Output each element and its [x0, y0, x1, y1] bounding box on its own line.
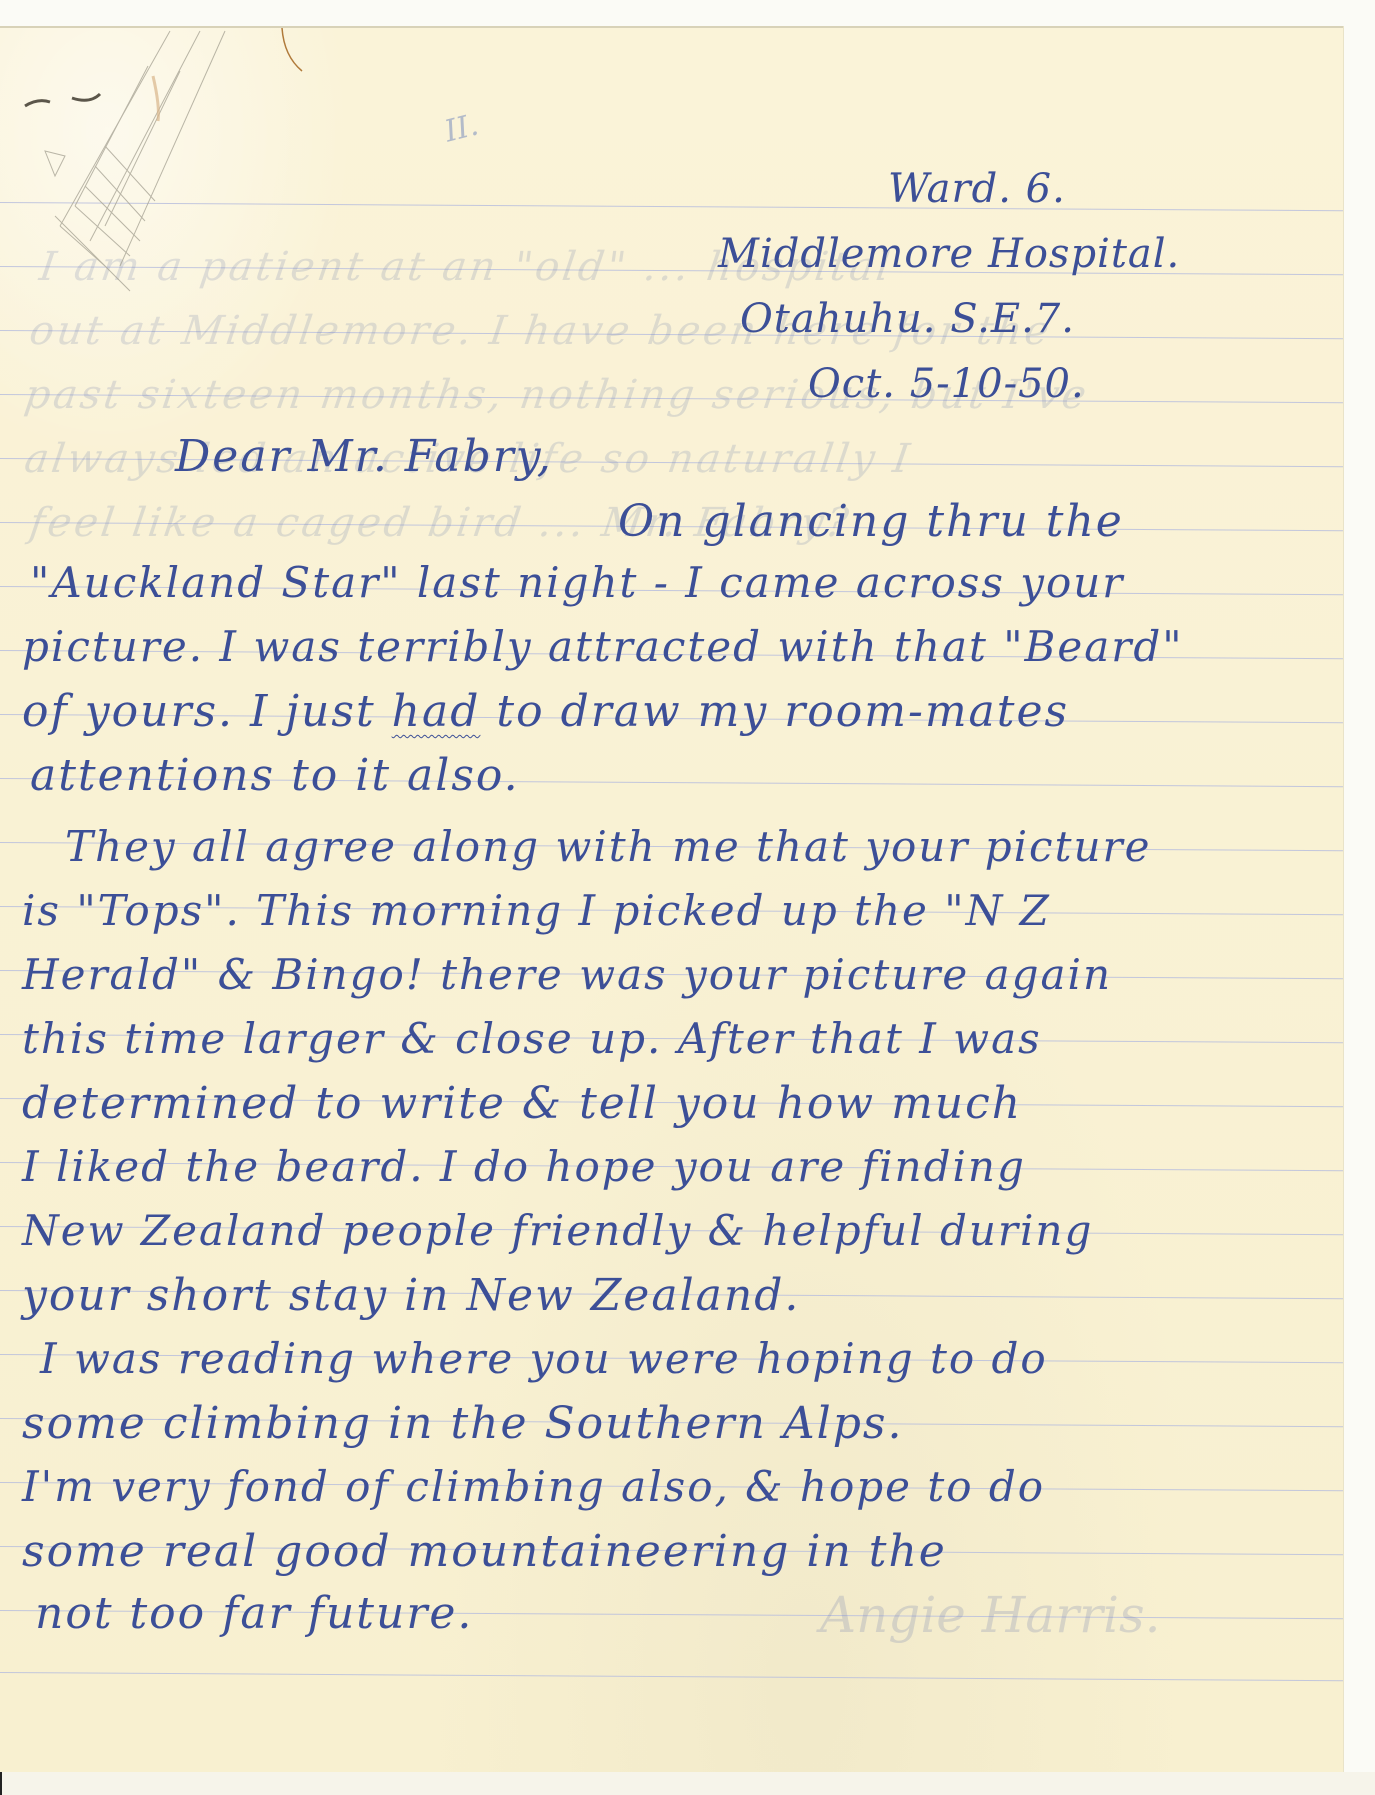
- address-town: Otahuhu. S.E.7.: [740, 296, 1075, 342]
- address-hospital: Middlemore Hospital.: [718, 231, 1180, 277]
- letter-line: They all agree along with me that your p…: [65, 822, 1151, 871]
- emphasized-word: had: [392, 686, 481, 737]
- letter-line: your short stay in New Zealand.: [22, 1270, 800, 1321]
- tear-mark-icon: [278, 26, 308, 76]
- rule-line: [0, 330, 1343, 339]
- letter-line-with-emphasis: of yours. I just had to draw my room-mat…: [22, 686, 1069, 737]
- letter-line: is "Tops". This morning I picked up the …: [22, 886, 1051, 935]
- letter-line: I'm very fond of climbing also, & hope t…: [22, 1462, 1045, 1511]
- letter-line: I was reading where you were hoping to d…: [40, 1334, 1048, 1383]
- letter-date: Oct. 5-10-50.: [808, 361, 1085, 407]
- letter-line: "Auckland Star" last night - I came acro…: [30, 558, 1124, 607]
- letter-line: On glancing thru the: [618, 496, 1124, 547]
- letter-line: determined to write & tell you how much: [22, 1078, 1022, 1129]
- pencil-sketch-icon: [20, 26, 240, 306]
- letter-line: New Zealand people friendly & helpful du…: [22, 1206, 1093, 1255]
- rule-line: [0, 1672, 1343, 1681]
- letter-line: some real good mountaineering in the: [22, 1526, 947, 1577]
- letter-text: to draw my room-mates: [496, 686, 1069, 737]
- letter-paper: I am a patient at an "old" ... hospital …: [0, 26, 1343, 1772]
- letter-line: this time larger & close up. After that …: [22, 1014, 1042, 1063]
- staple-marks-icon: [20, 86, 140, 126]
- scan-edge-mark: [0, 1772, 2, 1795]
- rule-line: [0, 394, 1343, 403]
- letter-line: Herald" & Bingo! there was your picture …: [22, 950, 1112, 999]
- letter-line: not too far future.: [35, 1588, 473, 1639]
- letter-line: picture. I was terribly attracted with t…: [22, 622, 1184, 671]
- salutation: Dear Mr. Fabry,: [175, 431, 553, 482]
- letter-line: attentions to it also.: [30, 750, 520, 801]
- letter-line: I liked the beard. I do hope you are fin…: [22, 1142, 1026, 1191]
- letter-line: some climbing in the Southern Alps.: [22, 1398, 903, 1449]
- address-ward: Ward. 6.: [888, 166, 1066, 212]
- scan-background: [0, 1772, 1375, 1795]
- letter-text: of yours. I just: [22, 686, 376, 737]
